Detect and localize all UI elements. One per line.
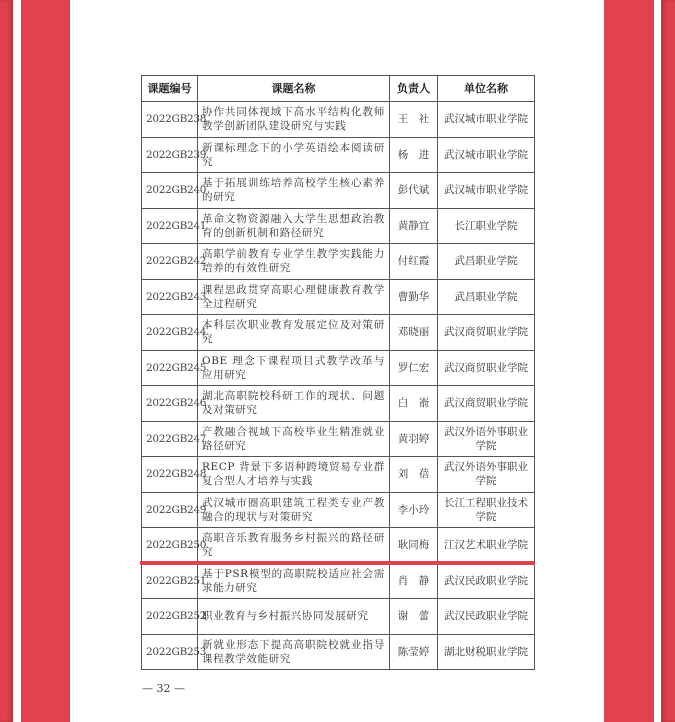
cell-title: 新就业形态下提高高职院校就业指导课程教学效能研究 xyxy=(198,634,390,670)
cell-unit: 江汉艺术职业学院 xyxy=(438,528,535,564)
cell-title: 新课标理念下的小学英语绘本阅读研究 xyxy=(198,137,390,173)
cell-person: 黄羽婷 xyxy=(390,421,438,457)
cell-unit: 武汉商贸职业学院 xyxy=(438,350,535,386)
cell-code: 2022GB242 xyxy=(142,244,198,280)
frame-stripe-outer-left xyxy=(0,0,13,722)
cell-person: 付红霞 xyxy=(390,244,438,280)
cell-unit: 湖北财税职业学院 xyxy=(438,634,535,670)
header-person: 负责人 xyxy=(390,76,438,102)
cell-code: 2022GB238 xyxy=(142,102,198,138)
cell-code: 2022GB246 xyxy=(142,386,198,422)
cell-person: 邓晓丽 xyxy=(390,315,438,351)
cell-code: 2022GB244 xyxy=(142,315,198,351)
cell-title: 武汉城市圈高职建筑工程类专业产教融合的现状与对策研究 xyxy=(198,492,390,528)
cell-unit: 武昌职业学院 xyxy=(438,279,535,315)
cell-title: 基于PSR模型的高职院校适应社会需求能力研究 xyxy=(198,563,390,599)
cell-unit: 武汉城市职业学院 xyxy=(438,173,535,209)
cell-title: 本科层次职业教育发展定位及对策研究 xyxy=(198,315,390,351)
cell-person: 黄静宜 xyxy=(390,208,438,244)
cell-person: 谢 蕾 xyxy=(390,599,438,635)
cell-title: 革命文物资源融入大学生思想政治教育的创新机制和路径研究 xyxy=(198,208,390,244)
cell-code: 2022GB245 xyxy=(142,350,198,386)
table-row: 2022GB242高职学前教育专业学生教学实践能力培养的有效性研究付红霞武昌职业… xyxy=(142,244,535,280)
cell-title: 基于拓展训练培养高校学生核心素养的研究 xyxy=(198,173,390,209)
cell-person: 曹勤华 xyxy=(390,279,438,315)
cell-person: 刘 蓓 xyxy=(390,457,438,493)
table-row: 2022GB240基于拓展训练培养高校学生核心素养的研究彭代斌武汉城市职业学院 xyxy=(142,173,535,209)
cell-unit: 武汉民政职业学院 xyxy=(438,599,535,635)
cell-unit: 武昌职业学院 xyxy=(438,244,535,280)
table-row: 2022GB250高职音乐教育服务乡村振兴的路径研究耿同梅江汉艺术职业学院 xyxy=(142,528,535,564)
cell-title: RECP 背景下多语种跨境贸易专业群复合型人才培养与实践 xyxy=(198,457,390,493)
table-row: 2022GB238协作共同体视域下高水平结构化教师教学创新团队建设研究与实践王 … xyxy=(142,102,535,138)
header-title: 课题名称 xyxy=(198,76,390,102)
cell-title: OBE 理念下课程项目式教学改革与应用研究 xyxy=(198,350,390,386)
cell-unit: 长江职业学院 xyxy=(438,208,535,244)
table-row: 2022GB249武汉城市圈高职建筑工程类专业产教融合的现状与对策研究李小玲长江… xyxy=(142,492,535,528)
cell-code: 2022GB250 xyxy=(142,528,198,564)
cell-title: 协作共同体视域下高水平结构化教师教学创新团队建设研究与实践 xyxy=(198,102,390,138)
cell-code: 2022GB252 xyxy=(142,599,198,635)
page-number: — 32 — xyxy=(142,682,185,695)
cell-code: 2022GB249 xyxy=(142,492,198,528)
red-highlight-line xyxy=(140,561,535,565)
cell-unit: 武汉外语外事职业学院 xyxy=(438,457,535,493)
table-header-row: 课题编号 课题名称 负责人 单位名称 xyxy=(142,76,535,102)
cell-title: 课程思政贯穿高职心理健康教育教学全过程研究 xyxy=(198,279,390,315)
table-row: 2022GB252职业教育与乡村振兴协同发展研究谢 蕾武汉民政职业学院 xyxy=(142,599,535,635)
cell-unit: 武汉民政职业学院 xyxy=(438,563,535,599)
document-page: 课题编号 课题名称 负责人 单位名称 2022GB238协作共同体视域下高水平结… xyxy=(70,0,604,722)
cell-unit: 武汉城市职业学院 xyxy=(438,137,535,173)
cell-code: 2022GB240 xyxy=(142,173,198,209)
cell-code: 2022GB247 xyxy=(142,421,198,457)
table-row: 2022GB251基于PSR模型的高职院校适应社会需求能力研究肖 静武汉民政职业… xyxy=(142,563,535,599)
cell-person: 王 社 xyxy=(390,102,438,138)
cell-unit: 武汉商贸职业学院 xyxy=(438,386,535,422)
table-row: 2022GB253新就业形态下提高高职院校就业指导课程教学效能研究陈莹婷湖北财税… xyxy=(142,634,535,670)
header-unit: 单位名称 xyxy=(438,76,535,102)
cell-unit: 长江工程职业技术学院 xyxy=(438,492,535,528)
cell-person: 陈莹婷 xyxy=(390,634,438,670)
cell-unit: 武汉城市职业学院 xyxy=(438,102,535,138)
table-row: 2022GB244本科层次职业教育发展定位及对策研究邓晓丽武汉商贸职业学院 xyxy=(142,315,535,351)
cell-person: 彭代斌 xyxy=(390,173,438,209)
cell-title: 职业教育与乡村振兴协同发展研究 xyxy=(198,599,390,635)
cell-person: 罗仁宏 xyxy=(390,350,438,386)
cell-code: 2022GB253 xyxy=(142,634,198,670)
cell-code: 2022GB239 xyxy=(142,137,198,173)
cell-unit: 武汉商贸职业学院 xyxy=(438,315,535,351)
cell-code: 2022GB243 xyxy=(142,279,198,315)
cell-code: 2022GB241 xyxy=(142,208,198,244)
cell-title: 湖北高职院校科研工作的现状、问题及对策研究 xyxy=(198,386,390,422)
cell-person: 耿同梅 xyxy=(390,528,438,564)
frame-stripe-inner-left xyxy=(21,0,70,722)
cell-code: 2022GB248 xyxy=(142,457,198,493)
cell-unit: 武汉外语外事职业学院 xyxy=(438,421,535,457)
cell-code: 2022GB251 xyxy=(142,563,198,599)
table-row: 2022GB246湖北高职院校科研工作的现状、问题及对策研究白 嵛武汉商贸职业学… xyxy=(142,386,535,422)
table-row: 2022GB248RECP 背景下多语种跨境贸易专业群复合型人才培养与实践刘 蓓… xyxy=(142,457,535,493)
table-row: 2022GB243课程思政贯穿高职心理健康教育教学全过程研究曹勤华武昌职业学院 xyxy=(142,279,535,315)
frame-stripe-inner-right xyxy=(604,0,654,722)
cell-title: 高职音乐教育服务乡村振兴的路径研究 xyxy=(198,528,390,564)
cell-title: 产教融合视域下高校毕业生精准就业路径研究 xyxy=(198,421,390,457)
table-row: 2022GB247产教融合视域下高校毕业生精准就业路径研究黄羽婷武汉外语外事职业… xyxy=(142,421,535,457)
cell-person: 杨 进 xyxy=(390,137,438,173)
table-body: 2022GB238协作共同体视域下高水平结构化教师教学创新团队建设研究与实践王 … xyxy=(142,102,535,670)
header-code: 课题编号 xyxy=(142,76,198,102)
cell-person: 李小玲 xyxy=(390,492,438,528)
table-row: 2022GB241革命文物资源融入大学生思想政治教育的创新机制和路径研究黄静宜长… xyxy=(142,208,535,244)
project-table: 课题编号 课题名称 负责人 单位名称 2022GB238协作共同体视域下高水平结… xyxy=(141,75,535,670)
table-row: 2022GB239新课标理念下的小学英语绘本阅读研究杨 进武汉城市职业学院 xyxy=(142,137,535,173)
cell-person: 白 嵛 xyxy=(390,386,438,422)
table-row: 2022GB245OBE 理念下课程项目式教学改革与应用研究罗仁宏武汉商贸职业学… xyxy=(142,350,535,386)
cell-title: 高职学前教育专业学生教学实践能力培养的有效性研究 xyxy=(198,244,390,280)
cell-person: 肖 静 xyxy=(390,563,438,599)
frame-stripe-outer-right xyxy=(661,0,675,722)
